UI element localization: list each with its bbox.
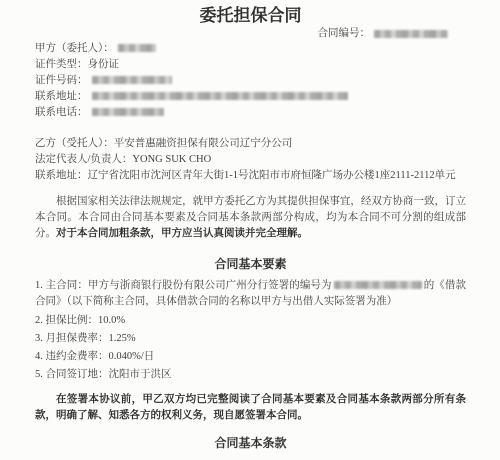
item-2-guarantee-ratio: 2. 担保比例：10.0% — [35, 313, 466, 328]
redacted-party-a-id-number — [92, 76, 172, 84]
item-3-value: 1.25% — [109, 333, 136, 344]
party-b-legal-rep-row: 法定代表人/负责人：YONG SUK CHO — [35, 152, 466, 168]
party-a-name-row: 甲方（委托人）： — [35, 41, 466, 57]
party-b-name-value: 平安普惠融资担保有限公司辽宁分公司 — [114, 138, 293, 149]
party-b-block: 乙方（受托人）：平安普惠融资担保有限公司辽宁分公司 法定代表人/负责人：YONG… — [35, 136, 466, 184]
contract-number-row: 合同编号： — [35, 28, 448, 39]
party-b-legal-rep-value: YONG SUK CHO — [132, 154, 211, 165]
party-a-id-type-value: 身份证 — [88, 59, 120, 70]
contract-number-label: 合同编号： — [318, 28, 371, 39]
item-5-signing-place: 5. 合同签订地：沈阳市于洪区 — [35, 367, 466, 382]
redacted-main-contract-number — [334, 281, 422, 289]
item-5-label: 5. 合同签订地： — [35, 369, 109, 380]
party-a-id-type-label: 证件类型： — [35, 59, 88, 70]
party-a-phone-label: 联系电话： — [35, 107, 88, 118]
intro-paragraph: 根据国家相关法律法规规定，就甲方委托乙方为其提供担保事宜，经双方协商一致，订立本… — [35, 194, 466, 242]
party-b-name-row: 乙方（受托人）：平安普惠融资担保有限公司辽宁分公司 — [35, 136, 466, 152]
contract-document: 委托担保合同 合同编号： 甲方（委托人）： 证件类型：身份证 证件号码： 联系地… — [0, 0, 500, 460]
item-5-value: 沈阳市于洪区 — [109, 369, 172, 380]
essentials-section-heading: 合同基本要素 — [35, 257, 466, 271]
item-2-value: 10.0% — [98, 315, 125, 326]
party-a-name-label: 甲方（委托人）： — [35, 43, 114, 54]
redacted-party-a-name — [118, 44, 156, 52]
redacted-party-a-phone — [92, 108, 164, 116]
item-3-monthly-guarantee-fee-rate: 3. 月担保费率：1.25% — [35, 331, 466, 346]
party-a-id-type-row: 证件类型：身份证 — [35, 57, 466, 73]
item-2-label: 2. 担保比例： — [35, 315, 98, 326]
document-title: 委托担保合同 — [35, 6, 466, 26]
item-4-penalty-fee-rate: 4. 违约金费率：0.040%/日 — [35, 349, 466, 364]
party-a-address-row: 联系地址： — [35, 89, 466, 105]
item-4-value: 0.040%/日 — [109, 351, 155, 362]
party-a-id-number-label: 证件号码： — [35, 75, 88, 86]
party-b-name-label: 乙方（受托人）： — [35, 138, 114, 149]
party-a-phone-row: 联系电话： — [35, 105, 466, 121]
redacted-party-a-address — [92, 92, 348, 100]
closing-paragraph: 在签署本协议前，甲乙双方均已完整阅读了合同基本要素及合同基本条款两部分所有条款，… — [35, 392, 466, 424]
party-a-address-label: 联系地址： — [35, 91, 88, 102]
terms-section-heading: 合同基本条款 — [35, 436, 466, 450]
item-1-main-contract: 1. 主合同：甲方与浙商银行股份有限公司广州分行签署的编号为的《借款合同》（以下… — [35, 278, 466, 310]
party-b-legal-rep-label: 法定代表人/负责人： — [35, 154, 132, 165]
party-a-block: 甲方（委托人）： 证件类型：身份证 证件号码： 联系地址： 联系电话： — [35, 41, 466, 121]
party-b-address-row: 联系地址：辽宁省沈阳市沈河区青年大街1-1号沈阳市市府恒隆广场办公楼1座2111… — [35, 168, 466, 184]
party-a-id-number-row: 证件号码： — [35, 73, 466, 89]
item-1-text-before: 1. 主合同：甲方与浙商银行股份有限公司广州分行签署的编号为 — [35, 280, 332, 291]
item-4-label: 4. 违约金费率： — [35, 351, 109, 362]
party-b-address-value: 辽宁省沈阳市沈河区青年大街1-1号沈阳市市府恒隆广场办公楼1座2111-2112… — [88, 170, 456, 181]
party-b-address-label: 联系地址： — [35, 170, 88, 181]
item-3-label: 3. 月担保费率： — [35, 333, 109, 344]
redacted-contract-number — [374, 30, 448, 38]
intro-paragraph-bold-clause: 对于本合同加粗条款，甲方应当认真阅读并完全理解。 — [56, 228, 308, 239]
